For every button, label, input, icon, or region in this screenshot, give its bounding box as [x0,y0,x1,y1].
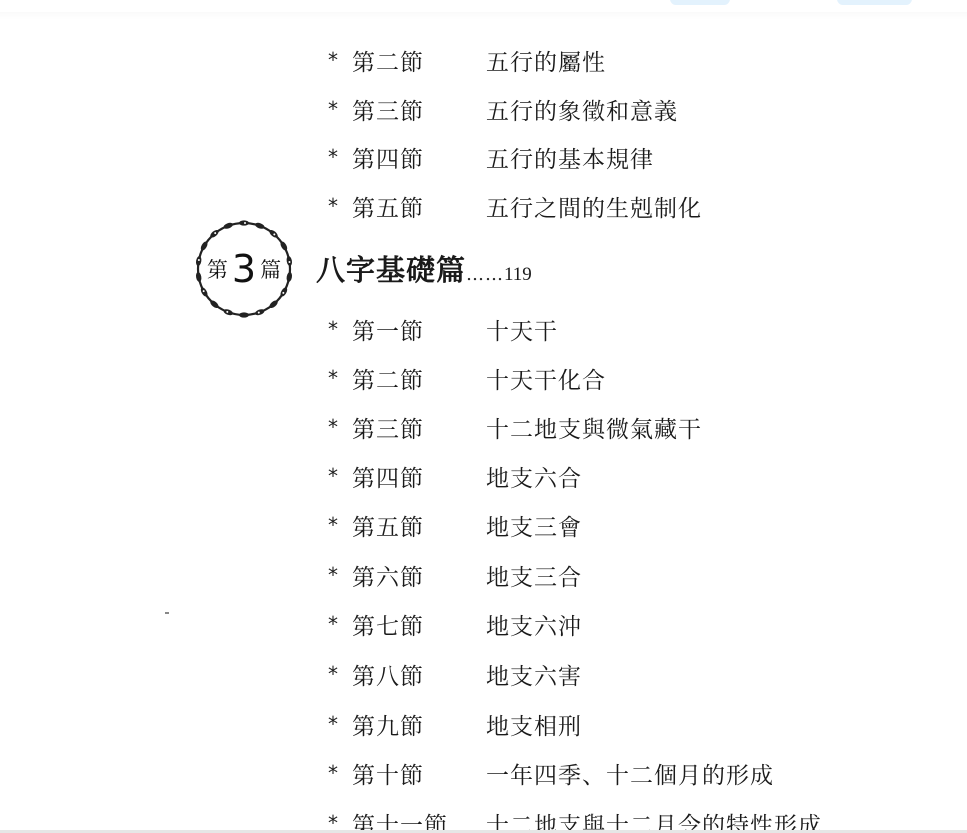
toc-entry[interactable]: * 第四節 五行的基本規律 [328,142,654,172]
toc-entry[interactable]: * 第一節 十天干 [328,314,558,344]
section-title: 地支相刑 [486,708,582,741]
section-title: 五行的基本規律 [486,141,654,174]
bullet-asterisk: * [328,317,352,341]
part-prefix: 第 [207,254,228,284]
toc-entry[interactable]: * 第七節 地支六沖 [328,609,582,639]
part-title: 八字基礎篇 [316,248,466,289]
bullet-asterisk: * [328,366,352,390]
toc-entry[interactable]: * 第五節 地支三會 [328,510,582,540]
part-number: 3 [232,250,256,288]
bullet-asterisk: * [328,415,352,439]
section-number: 第七節 [352,608,486,641]
toolbar-button-2[interactable] [837,0,912,5]
document-viewer: * 第二節 五行的屬性 * 第三節 五行的象徵和意義 * 第四節 五行的基本規律… [0,0,967,833]
scan-speck [165,612,169,614]
toolbar-shadow [0,12,967,20]
toc-entry[interactable]: * 第十節 一年四季、十二個月的形成 [328,758,774,788]
section-title: 地支三合 [486,559,582,592]
section-number: 第三節 [352,411,486,444]
section-number: 第四節 [352,141,486,174]
bullet-asterisk: * [328,464,352,488]
toc-entry[interactable]: * 第二節 十天干化合 [328,363,606,393]
toc-page: * 第二節 五行的屬性 * 第三節 五行的象徵和意義 * 第四節 五行的基本規律… [0,20,967,833]
bullet-asterisk: * [328,97,352,121]
toc-entry[interactable]: * 第八節 地支六害 [328,659,582,689]
section-title: 十天干化合 [486,362,606,395]
section-number: 第六節 [352,559,486,592]
section-title: 十二地支與微氣藏干 [486,411,702,444]
toc-entry[interactable]: * 第六節 地支三合 [328,560,582,590]
toc-entry[interactable]: * 第三節 五行的象徵和意義 [328,94,678,124]
toc-entry[interactable]: * 第二節 五行的屬性 [328,45,606,75]
part-heading[interactable]: 八字基礎篇 …… 119 [316,248,532,290]
section-number: 第十節 [352,757,486,790]
section-title: 一年四季、十二個月的形成 [486,757,774,790]
section-number: 第一節 [352,313,486,346]
section-number: 第二節 [352,362,486,395]
section-title: 五行的屬性 [486,44,606,77]
bullet-asterisk: * [328,145,352,169]
section-title: 地支六害 [486,658,582,691]
part-label: 第 3 篇 [193,218,295,320]
part-badge: 第 3 篇 [193,218,295,320]
section-number: 第五節 [352,509,486,542]
section-number: 第九節 [352,708,486,741]
section-number: 第二節 [352,44,486,77]
section-title: 五行之間的生剋制化 [486,190,702,223]
section-number: 第五節 [352,190,486,223]
bullet-asterisk: * [328,662,352,686]
toc-entry[interactable]: * 第四節 地支六合 [328,461,582,491]
page-number: 119 [504,264,532,286]
bullet-asterisk: * [328,761,352,785]
bullet-asterisk: * [328,194,352,218]
bullet-asterisk: * [328,563,352,587]
toc-entry[interactable]: * 第九節 地支相刑 [328,709,582,739]
bullet-asterisk: * [328,48,352,72]
bullet-asterisk: * [328,513,352,537]
section-number: 第四節 [352,460,486,493]
section-number: 第八節 [352,658,486,691]
bullet-asterisk: * [328,612,352,636]
section-title: 十天干 [486,313,558,346]
part-suffix: 篇 [260,254,281,284]
section-title: 五行的象徵和意義 [486,93,678,126]
section-number: 第三節 [352,93,486,126]
toc-entry[interactable]: * 第三節 十二地支與微氣藏干 [328,412,702,442]
viewer-toolbar [0,0,967,12]
bullet-asterisk: * [328,712,352,736]
leader-dots: …… [466,264,504,285]
section-title: 地支六合 [486,460,582,493]
toc-entry[interactable]: * 第五節 五行之間的生剋制化 [328,191,702,221]
section-title: 地支六沖 [486,608,582,641]
toolbar-button-1[interactable] [670,0,730,5]
section-title: 地支三會 [486,509,582,542]
